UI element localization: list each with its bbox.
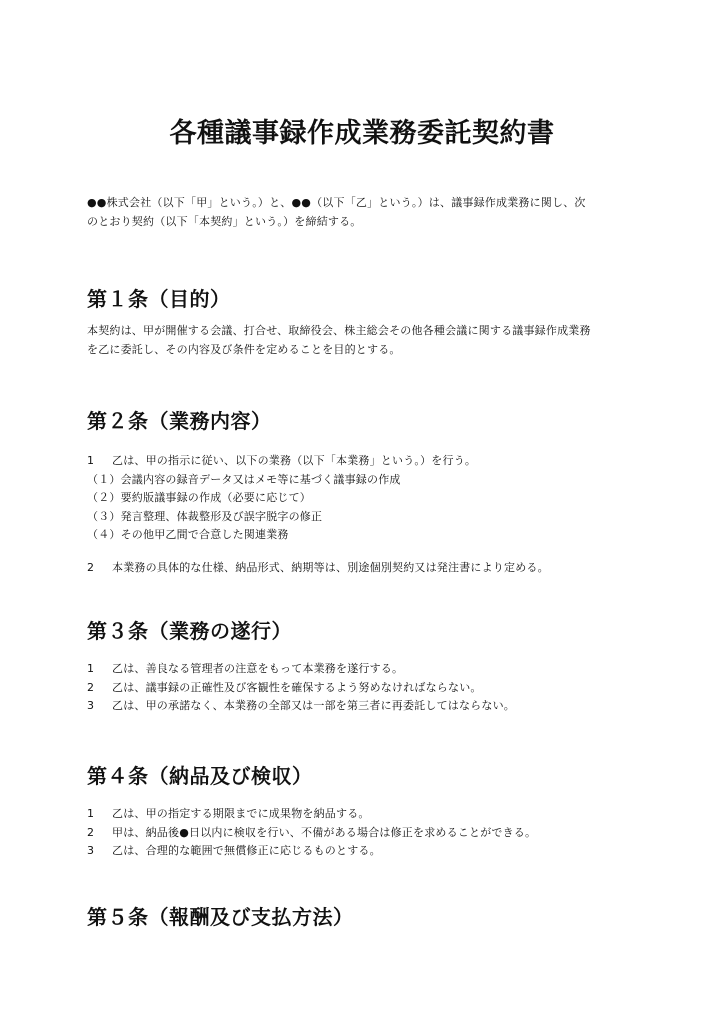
article-1-line: 本契約は、甲が開催する会議、打合せ、取締役会、株主総会その他各種会議に関する議事… — [87, 322, 677, 341]
sub-clause: （１）会議内容の録音データ又はメモ等に基づく議事録の作成 — [87, 471, 677, 490]
clause: 2本業務の具体的な仕様、納品形式、納期等は、別途個別契約又は発注書により定める。 — [87, 559, 677, 578]
article-4-heading: 第４条（納品及び検収） — [87, 762, 313, 790]
clause-number: 1 — [87, 805, 112, 824]
article-3-body: 1乙は、善良なる管理者の注意をもって本業務を遂行する。 2乙は、議事録の正確性及… — [87, 660, 677, 716]
article-2-heading: 第２条（業務内容） — [87, 407, 272, 435]
clause-text: 乙は、甲の指示に従い、以下の業務（以下「本業務」という。）を行う。 — [112, 454, 476, 467]
spacer — [87, 545, 677, 559]
clause-text: 乙は、合理的な範囲で無償修正に応じるものとする。 — [112, 844, 381, 857]
document-page: 各種議事録作成業務委託契約書 ●●株式会社（以下「甲」という。）と、●●（以下「… — [0, 0, 724, 1024]
sub-clause: （３）発言整理、体裁整形及び誤字脱字の修正 — [87, 508, 677, 527]
clause: 1乙は、善良なる管理者の注意をもって本業務を遂行する。 — [87, 660, 677, 679]
article-1-line: を乙に委託し、その内容及び条件を定めることを目的とする。 — [87, 341, 677, 360]
preamble-line: のとおり契約（以下「本契約」という。）を締結する。 — [87, 212, 667, 231]
clause: 3乙は、合理的な範囲で無償修正に応じるものとする。 — [87, 842, 677, 861]
clause-number: 3 — [87, 842, 112, 861]
clause: 2乙は、議事録の正確性及び客観性を確保するよう努めなければならない。 — [87, 679, 677, 698]
clause-text: 本業務の具体的な仕様、納品形式、納期等は、別途個別契約又は発注書により定める。 — [112, 561, 549, 574]
preamble: ●●株式会社（以下「甲」という。）と、●●（以下「乙」という。）は、議事録作成業… — [87, 193, 667, 231]
article-1-body: 本契約は、甲が開催する会議、打合せ、取締役会、株主総会その他各種会議に関する議事… — [87, 322, 677, 359]
clause: 1乙は、甲の指定する期限までに成果物を納品する。 — [87, 805, 677, 824]
clause-number: 1 — [87, 452, 112, 471]
clause-number: 2 — [87, 679, 112, 698]
article-4-body: 1乙は、甲の指定する期限までに成果物を納品する。 2甲は、納品後●日以内に検収を… — [87, 805, 677, 861]
clause-text: 乙は、甲の承諾なく、本業務の全部又は一部を第三者に再委託してはならない。 — [112, 699, 515, 712]
clause-number: 2 — [87, 824, 112, 843]
clause-number: 3 — [87, 697, 112, 716]
clause-text: 乙は、甲の指定する期限までに成果物を納品する。 — [112, 807, 370, 820]
clause: 3乙は、甲の承諾なく、本業務の全部又は一部を第三者に再委託してはならない。 — [87, 697, 677, 716]
clause-text: 乙は、議事録の正確性及び客観性を確保するよう努めなければならない。 — [112, 681, 482, 694]
clause-text: 乙は、善良なる管理者の注意をもって本業務を遂行する。 — [112, 662, 403, 675]
clause: 2甲は、納品後●日以内に検収を行い、不備がある場合は修正を求めることができる。 — [87, 824, 677, 843]
preamble-line: ●●株式会社（以下「甲」という。）と、●●（以下「乙」という。）は、議事録作成業… — [87, 193, 667, 212]
article-5-heading: 第５条（報酬及び支払方法） — [87, 903, 354, 931]
clause-text: 甲は、納品後●日以内に検収を行い、不備がある場合は修正を求めることができる。 — [112, 826, 536, 839]
sub-clause: （２）要約版議事録の作成（必要に応じて） — [87, 489, 677, 508]
clause-number: 1 — [87, 660, 112, 679]
sub-clause: （４）その他甲乙間で合意した関連業務 — [87, 526, 677, 545]
article-2-body: 1乙は、甲の指示に従い、以下の業務（以下「本業務」という。）を行う。 （１）会議… — [87, 452, 677, 577]
clause: 1乙は、甲の指示に従い、以下の業務（以下「本業務」という。）を行う。 — [87, 452, 677, 471]
article-3-heading: 第３条（業務の遂行） — [87, 617, 292, 645]
article-1-heading: 第１条（目的） — [87, 285, 231, 313]
clause-number: 2 — [87, 559, 112, 578]
document-title: 各種議事録作成業務委託契約書 — [0, 116, 724, 152]
